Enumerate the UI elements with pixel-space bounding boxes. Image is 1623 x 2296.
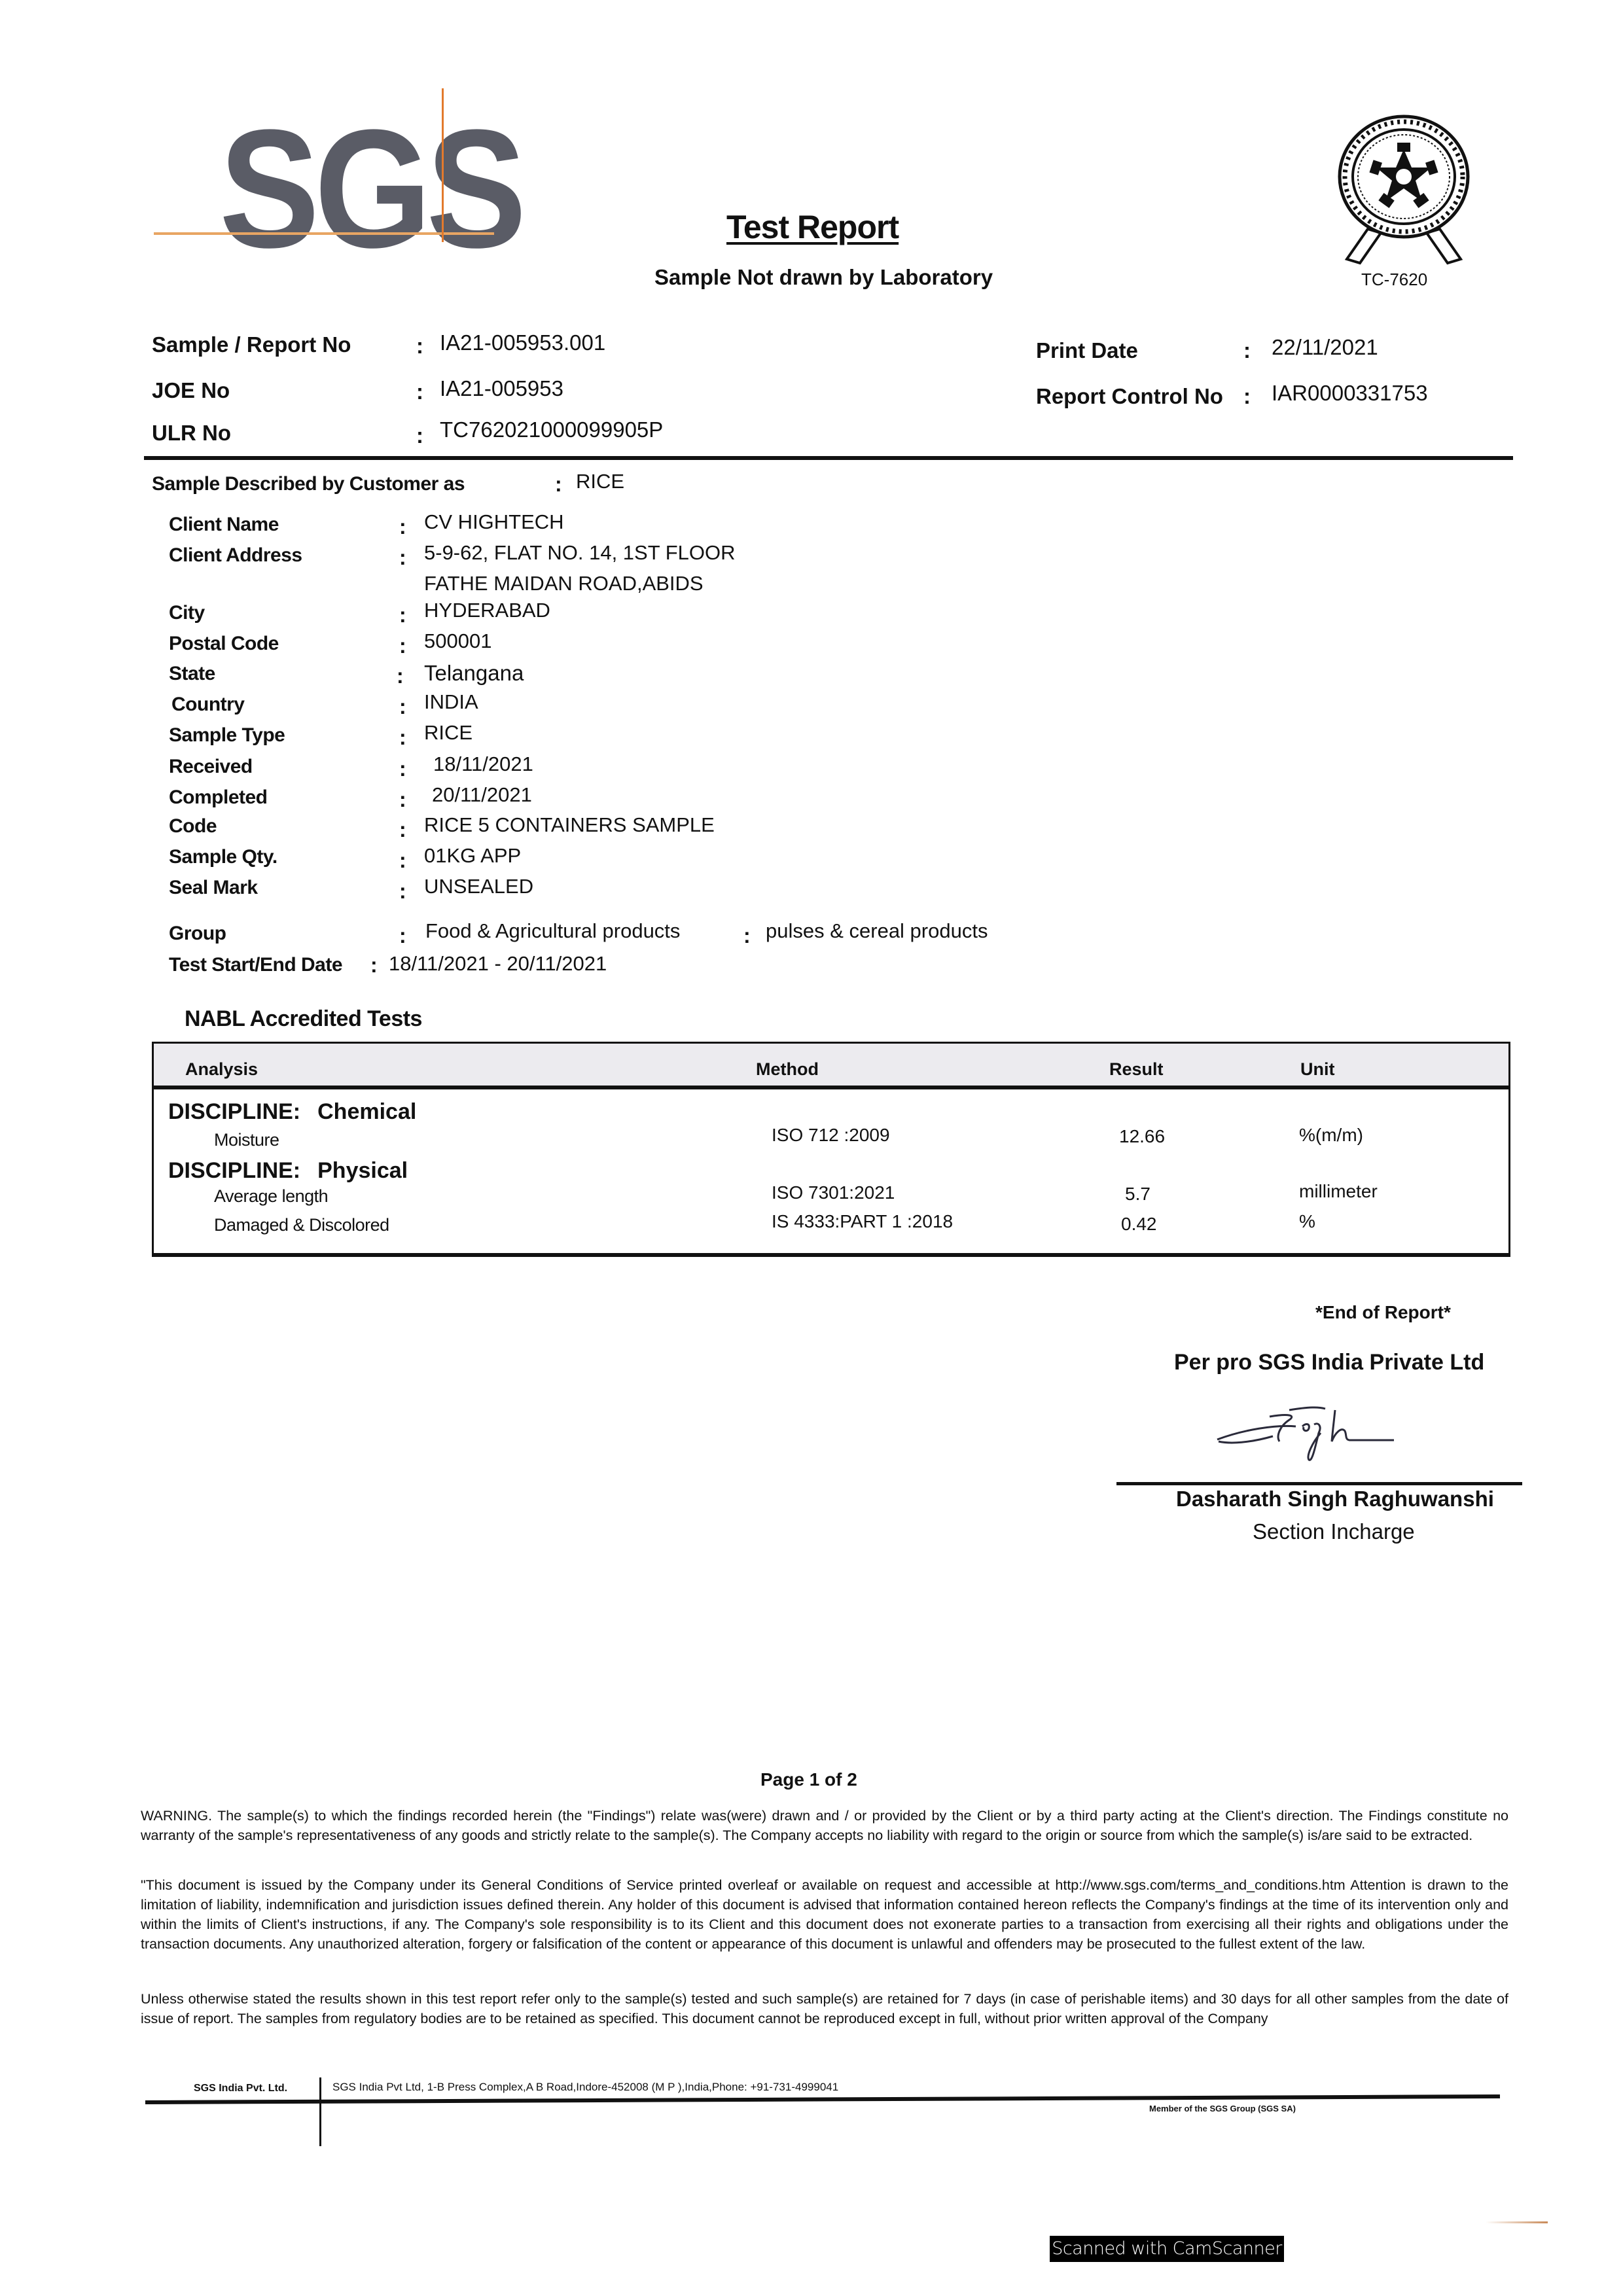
unit: % xyxy=(1299,1211,1315,1232)
received-date: 18/11/2021 xyxy=(433,752,533,776)
signature-line xyxy=(1116,1482,1522,1485)
colon: : xyxy=(399,849,406,873)
client-address-line1: 5-9-62, FLAT NO. 14, 1ST FLOOR xyxy=(424,541,736,565)
subgroup-value: pulses & cereal products xyxy=(766,919,988,943)
logo-vertical-rule xyxy=(442,88,444,242)
field-label: Received xyxy=(169,756,253,778)
colon: : xyxy=(399,788,406,812)
sample-described-label: Sample Described by Customer as xyxy=(152,473,465,495)
discipline-heading-physical: DISCIPLINE:Physical xyxy=(168,1158,408,1184)
column-header-unit: Unit xyxy=(1300,1059,1334,1080)
accreditation-code: TC-7620 xyxy=(1361,270,1427,290)
field-label: Postal Code xyxy=(169,633,279,655)
field-label: Client Name xyxy=(169,514,279,536)
method: IS 4333:PART 1 :2018 xyxy=(772,1211,953,1232)
nabl-accreditation-seal: TC-7620 xyxy=(1329,111,1479,288)
colon: : xyxy=(399,726,406,750)
colon: : xyxy=(555,472,562,497)
report-title: Test Report xyxy=(726,208,899,246)
city: HYDERABAD xyxy=(424,599,550,622)
camscanner-watermark: Scanned with CamScanner xyxy=(1050,2236,1284,2262)
colon: : xyxy=(1243,338,1251,363)
field-label: City xyxy=(169,602,205,624)
sgs-logo-text: SGS xyxy=(219,105,522,274)
field-label: Sample Type xyxy=(169,724,285,747)
column-header-analysis: Analysis xyxy=(185,1059,258,1080)
column-header-method: Method xyxy=(756,1059,819,1080)
colon: : xyxy=(399,695,406,719)
result: 12.66 xyxy=(1119,1126,1165,1147)
unit: millimeter xyxy=(1299,1181,1378,1202)
end-of-report: *End of Report* xyxy=(1315,1302,1451,1323)
discipline-label: DISCIPLINE: xyxy=(168,1099,300,1124)
signer-name: Dasharath Singh Raghuwanshi xyxy=(1176,1487,1494,1511)
colon: : xyxy=(399,757,406,781)
result: 0.42 xyxy=(1121,1214,1157,1235)
field-label: JOE No xyxy=(152,378,230,403)
field-label: Sample / Report No xyxy=(152,332,351,357)
colon: : xyxy=(416,334,423,359)
retention-text: Unless otherwise stated the results show… xyxy=(141,1989,1508,2028)
tests-section-title: NABL Accredited Tests xyxy=(185,1006,422,1032)
footer-company: SGS India Pvt. Ltd. xyxy=(194,2083,287,2094)
colon: : xyxy=(1243,384,1251,409)
discipline-label: DISCIPLINE: xyxy=(168,1158,300,1183)
field-label: Print Date xyxy=(1036,338,1138,363)
analysis-name: Damaged & Discolored xyxy=(214,1215,389,1235)
field-label: Client Address xyxy=(169,544,302,567)
field-label: Code xyxy=(169,815,217,838)
signature-icon xyxy=(1204,1397,1427,1475)
colon: : xyxy=(399,924,406,948)
state: Telangana xyxy=(424,661,524,686)
field-label: Test Start/End Date xyxy=(169,954,342,976)
footer-divider-vertical xyxy=(319,2077,321,2146)
client-address-line2: FATHE MAIDAN ROAD,ABIDS xyxy=(424,572,704,595)
method: ISO 712 :2009 xyxy=(772,1125,890,1146)
sample-qty: 01KG APP xyxy=(424,844,521,868)
colon: : xyxy=(399,515,406,539)
field-label: Seal Mark xyxy=(169,877,258,899)
scan-artifact xyxy=(1486,2221,1548,2223)
unit: %(m/m) xyxy=(1299,1125,1363,1146)
footer-member: Member of the SGS Group (SGS SA) xyxy=(1149,2104,1296,2113)
sample-described-value: RICE xyxy=(576,470,624,493)
column-header-result: Result xyxy=(1109,1059,1164,1080)
result: 5.7 xyxy=(1125,1184,1150,1205)
sample-type: RICE xyxy=(424,721,473,745)
per-pro-company: Per pro SGS India Private Ltd xyxy=(1174,1350,1484,1375)
completed-date: 20/11/2021 xyxy=(432,783,532,807)
method: ISO 7301:2021 xyxy=(772,1182,895,1203)
colon: : xyxy=(370,953,378,978)
ulr-no: TC762021000099905P xyxy=(440,417,663,442)
analysis-name: Moisture xyxy=(214,1130,279,1150)
discipline-name: Physical xyxy=(317,1158,408,1183)
colon: : xyxy=(416,423,423,448)
colon: : xyxy=(743,924,751,948)
country: INDIA xyxy=(424,690,478,714)
field-label: Completed xyxy=(169,786,268,809)
table-header: Analysis Method Result Unit xyxy=(154,1044,1508,1089)
colon: : xyxy=(399,879,406,904)
signer-role: Section Incharge xyxy=(1253,1519,1415,1544)
print-date: 22/11/2021 xyxy=(1272,335,1378,360)
group-value: Food & Agricultural products xyxy=(425,919,680,943)
test-date-range: 18/11/2021 - 20/11/2021 xyxy=(389,952,607,976)
discipline-name: Chemical xyxy=(317,1099,416,1124)
conditions-text: "This document is issued by the Company … xyxy=(141,1875,1508,1954)
sample-code: RICE 5 CONTAINERS SAMPLE xyxy=(424,813,715,837)
discipline-heading-chemical: DISCIPLINE:Chemical xyxy=(168,1099,416,1125)
colon: : xyxy=(399,818,406,842)
field-label: Group xyxy=(169,923,226,945)
colon: : xyxy=(399,603,406,627)
field-label: Country xyxy=(171,694,245,716)
seal-mark: UNSEALED xyxy=(424,875,533,898)
colon: : xyxy=(399,634,406,658)
header-divider xyxy=(144,456,1513,460)
analysis-name: Average length xyxy=(214,1186,328,1207)
field-label: Report Control No xyxy=(1036,384,1223,409)
footer-rule xyxy=(145,2094,1500,2104)
warning-text: WARNING. The sample(s) to which the find… xyxy=(141,1806,1508,1845)
signature xyxy=(1204,1397,1427,1475)
client-name: CV HIGHTECH xyxy=(424,510,564,534)
sample-report-no: IA21-005953.001 xyxy=(440,330,605,355)
colon: : xyxy=(416,380,423,404)
page-indicator: Page 1 of 2 xyxy=(760,1769,857,1790)
accreditation-seal-icon xyxy=(1329,111,1479,268)
report-subtitle: Sample Not drawn by Laboratory xyxy=(654,265,993,290)
joe-no: IA21-005953 xyxy=(440,376,563,401)
field-label: Sample Qty. xyxy=(169,846,277,868)
field-label: State xyxy=(169,663,215,685)
sgs-logo: SGS xyxy=(154,79,494,242)
field-label: ULR No xyxy=(152,421,231,446)
postal-code: 500001 xyxy=(424,629,491,653)
colon: : xyxy=(399,546,406,570)
footer-address: SGS India Pvt Ltd, 1-B Press Complex,A B… xyxy=(332,2081,838,2094)
report-control-no: IAR0000331753 xyxy=(1272,381,1428,406)
test-results-table: Analysis Method Result Unit DISCIPLINE:C… xyxy=(152,1042,1510,1257)
colon: : xyxy=(397,664,404,688)
